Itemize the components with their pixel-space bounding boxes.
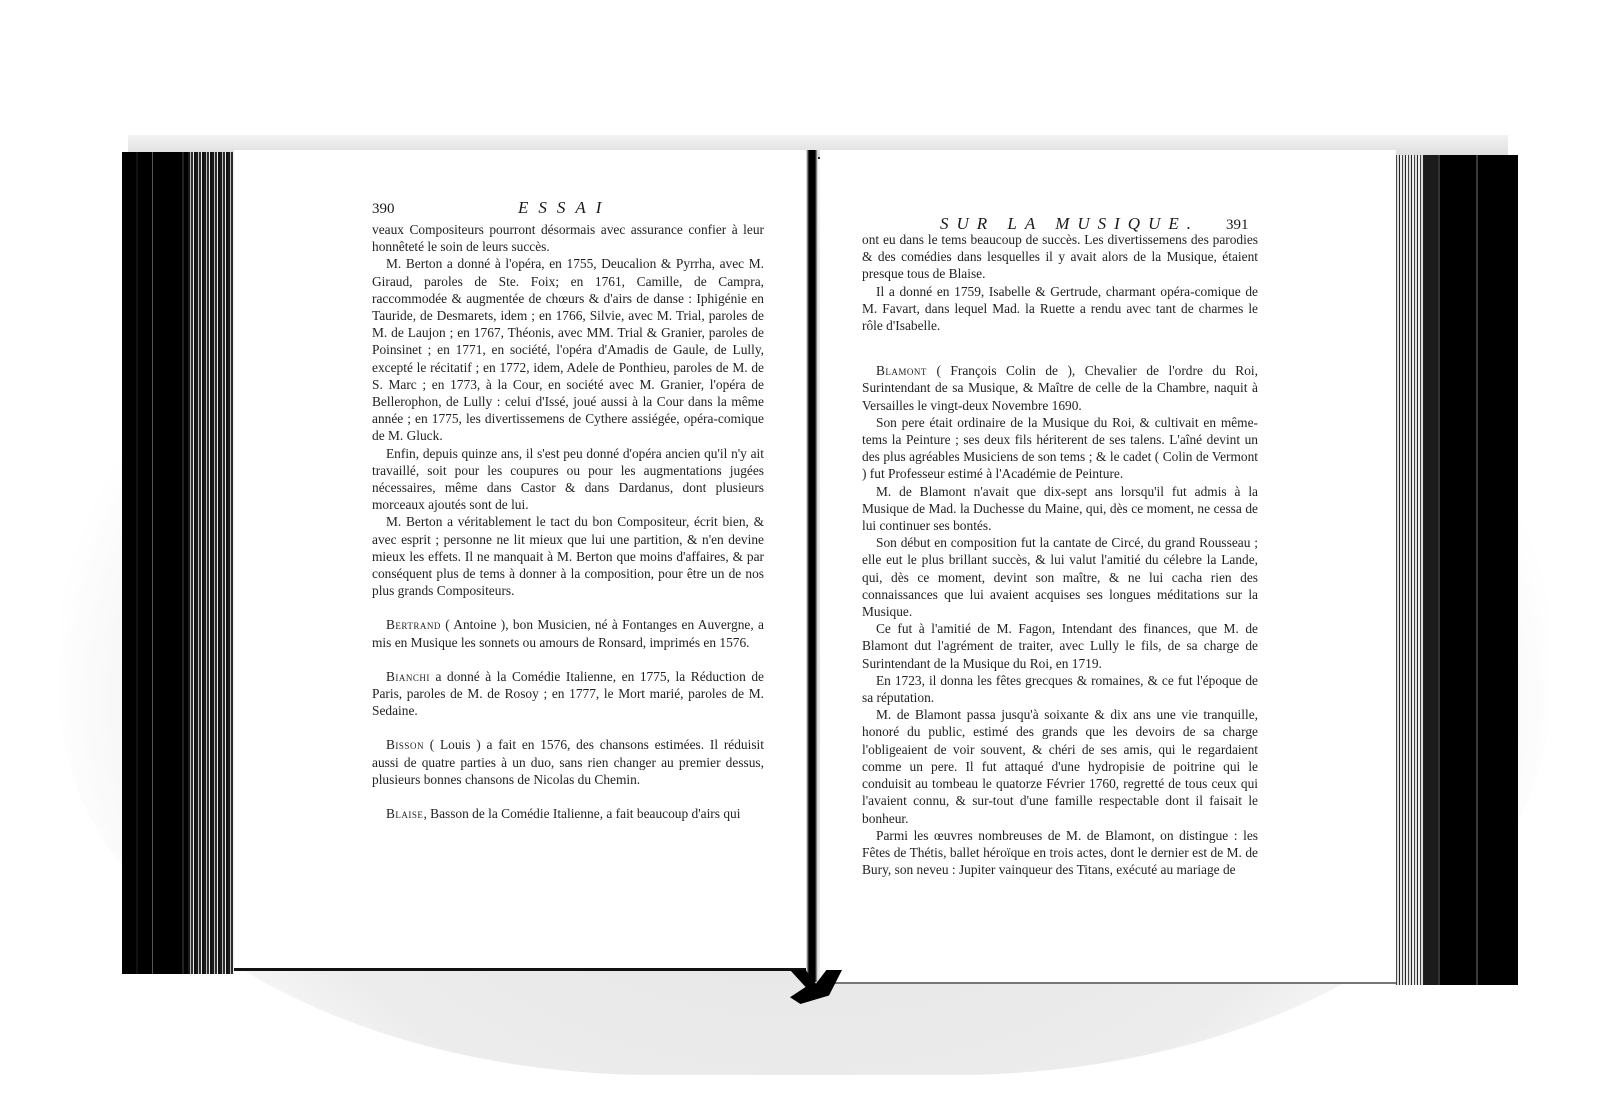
paragraph: M. Berton a donné à l'opéra, en 1755, De… — [372, 255, 764, 444]
book-gutter — [806, 150, 818, 982]
left-page-text: veaux Compositeurs pourront désormais av… — [372, 221, 764, 822]
paragraph: Parmi les œuvres nombreuses de M. de Bla… — [862, 827, 1258, 879]
entry-text: ( Louis ) a fait en 1576, des chansons e… — [372, 737, 764, 786]
dictionary-entry: Bianchi a donné à la Comédie Italienne, … — [372, 668, 764, 720]
headword: Bertrand — [386, 617, 441, 632]
paragraph: M. Berton a véritablement le tact du bon… — [372, 513, 764, 599]
paragraph: Son pere était ordinaire de la Musique d… — [862, 414, 1258, 483]
left-page-edges — [188, 152, 234, 974]
paragraph: M. de Blamont passa jusqu'à soixante & d… — [862, 706, 1258, 826]
left-running-head: ESSAI — [518, 198, 611, 218]
headword: Blamont — [876, 363, 927, 378]
dictionary-entry: Blamont ( François Colin de ), Chevalier… — [862, 362, 1258, 414]
paragraph: Enfin, depuis quinze ans, il s'est peu d… — [372, 445, 764, 514]
paragraph: Ce fut à l'amitié de M. Fagon, Intendant… — [862, 620, 1258, 672]
dictionary-entry: Blaise, Basson de la Comédie Italienne, … — [372, 805, 764, 822]
headword: Bianchi — [386, 669, 430, 684]
paragraph: M. de Blamont n'avait que dix-sept ans l… — [862, 483, 1258, 535]
paragraph: Il a donné en 1759, Isabelle & Gertrude,… — [862, 283, 1258, 335]
left-page-number: 390 — [372, 201, 395, 218]
paragraph: En 1723, il donna les fêtes grecques & r… — [862, 672, 1258, 706]
right-cover — [1418, 155, 1518, 985]
headword: Blaise — [386, 806, 423, 821]
entry-text: a donné à la Comédie Italienne, en 1775,… — [372, 669, 764, 718]
entry-text: , Basson de la Comédie Italienne, a fait… — [423, 806, 740, 821]
paragraph: veaux Compositeurs pourront désormais av… — [372, 221, 764, 255]
paragraph: ont eu dans le tems beaucoup de succès. … — [862, 231, 1258, 283]
right-page-edges — [1394, 155, 1424, 985]
dictionary-entry: Bertrand ( Antoine ), bon Musicien, né à… — [372, 616, 764, 650]
headword: Bisson — [386, 737, 424, 752]
dictionary-entry: Bisson ( Louis ) a fait en 1576, des cha… — [372, 736, 764, 788]
paragraph: Son début en composition fut la cantate … — [862, 534, 1258, 620]
right-page-text: ont eu dans le tems beaucoup de succès. … — [862, 231, 1258, 878]
